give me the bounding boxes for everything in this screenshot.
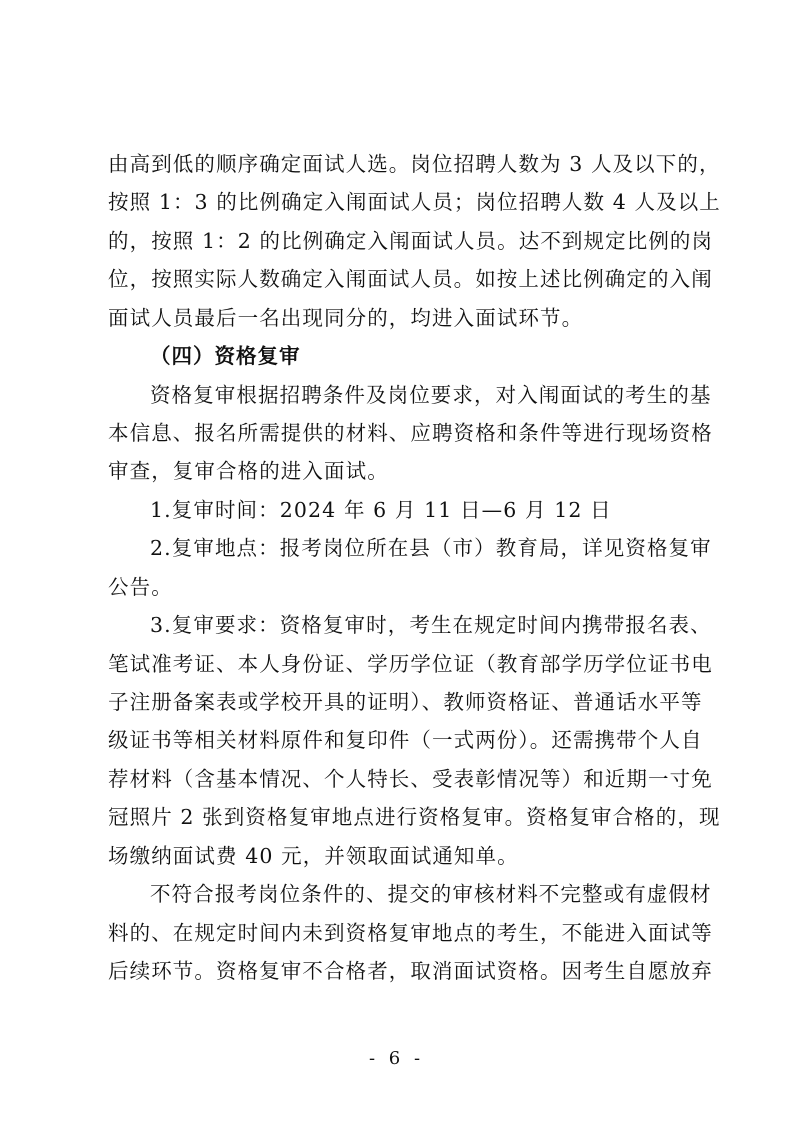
review-requirements-item: 3.复审要求：资格复审时，考生在规定时间内携带报名表、 — [150, 613, 692, 637]
paragraph-line: 后续环节。资格复审不合格者，取消面试资格。因考生自愿放弃 — [108, 959, 692, 983]
paragraph-line: 由高到低的顺序确定面试人选。岗位招聘人数为 3 人及以下的， — [108, 152, 692, 176]
paragraph-line: 本信息、报名所需提供的材料、应聘资格和条件等进行现场资格 — [108, 421, 692, 445]
paragraph-line: 料的、在规定时间内未到资格复审地点的考生，不能进入面试等 — [108, 921, 692, 945]
paragraph-line: 子注册备案表或学校开具的证明）、教师资格证、普通话水平等 — [108, 690, 692, 714]
paragraph-line: 公告。 — [108, 575, 692, 599]
paragraph-line: 按照 1：3 的比例确定入闱面试人员；岗位招聘人数 4 人及以上 — [108, 190, 692, 214]
page-number: - 6 - — [0, 1048, 793, 1069]
review-time-item: 1.复审时间：2024 年 6 月 11 日—6 月 12 日 — [150, 498, 692, 522]
paragraph-line: 级证书等相关材料原件和复印件（一式两份）。还需携带个人自 — [108, 728, 692, 752]
paragraph-line: 位，按照实际人数确定入闱面试人员。如按上述比例确定的入闱 — [108, 267, 692, 291]
paragraph-line: 不符合报考岗位条件的、提交的审核材料不完整或有虚假材 — [150, 882, 692, 906]
review-location-item: 2.复审地点：报考岗位所在县（市）教育局，详见资格复审 — [150, 536, 692, 560]
document-page: 由高到低的顺序确定面试人选。岗位招聘人数为 3 人及以下的， 按照 1：3 的比… — [0, 0, 793, 1122]
paragraph-line: 冠照片 2 张到资格复审地点进行资格复审。资格复审合格的，现 — [108, 805, 692, 829]
section-heading: （四）资格复审 — [150, 344, 692, 368]
paragraph-line: 场缴纳面试费 40 元，并领取面试通知单。 — [108, 844, 692, 868]
paragraph-line: 审查，复审合格的进入面试。 — [108, 459, 692, 483]
paragraph-line: 面试人员最后一名出现同分的，均进入面试环节。 — [108, 306, 692, 330]
paragraph-line: 荐材料（含基本情况、个人特长、受表彰情况等）和近期一寸免 — [108, 767, 692, 791]
paragraph-line: 资格复审根据招聘条件及岗位要求，对入闱面试的考生的基 — [150, 383, 692, 407]
paragraph-line: 的，按照 1：2 的比例确定入闱面试人员。达不到规定比例的岗 — [108, 229, 692, 253]
paragraph-line: 笔试准考证、本人身份证、学历学位证（教育部学历学位证书电 — [108, 652, 692, 676]
